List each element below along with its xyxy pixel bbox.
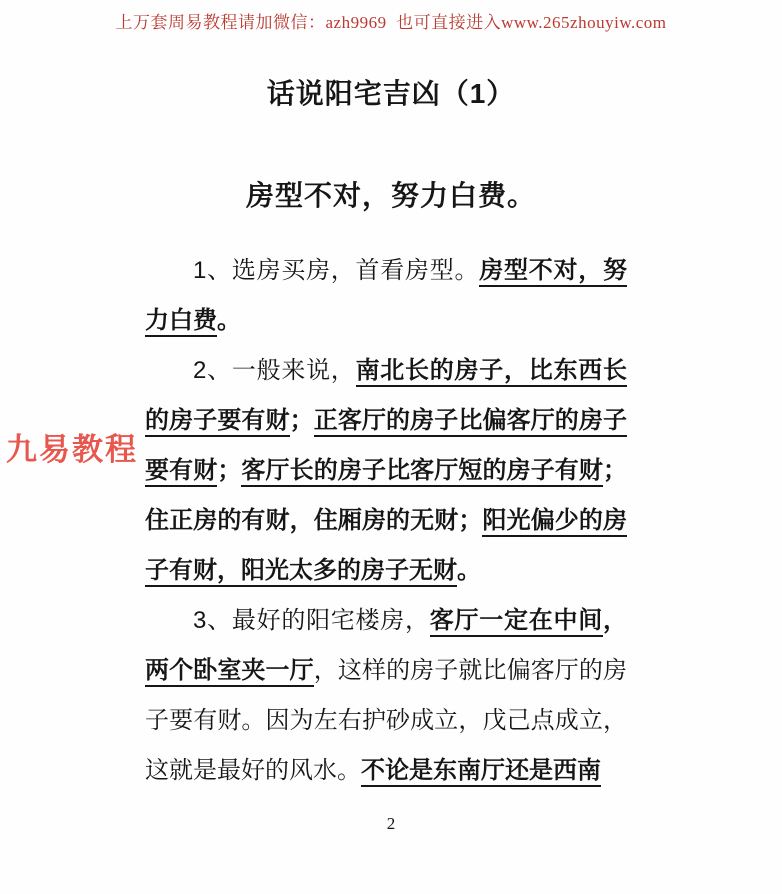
body-run: 3、最好的阳宅楼房， [193, 607, 430, 634]
paragraph: 2、一般来说，南北长的房子，比东西长的房子要有财；正客厅的房子比偏客厅的房子要有… [145, 346, 627, 596]
document-page: 上万套周易教程请加微信：azh9969 也可直接进入www.265zhouyiw… [0, 0, 782, 894]
promo-header-text: 上万套周易教程请加微信：azh9969 也可直接进入www.265zhouyiw… [0, 8, 782, 33]
body-text: 1、选房买房，首看房型。房型不对，努力白费。2、一般来说，南北长的房子，比东西长… [145, 246, 627, 796]
body-run: ； [290, 407, 314, 434]
body-run: 2、一般来说， [193, 357, 356, 384]
subtitle: 房型不对，努力白费。 [0, 174, 782, 214]
body-run: 。 [217, 307, 241, 334]
body-run: 。 [457, 557, 481, 584]
paragraph: 3、最好的阳宅楼房，客厅一定在中间，两个卧室夹一厅，这样的房子就比偏客厅的房子要… [145, 596, 627, 796]
body-run: 住正房的有财，住厢房的无财； [145, 507, 482, 534]
body-run: ； [603, 457, 627, 484]
page-title: 话说阳宅吉凶（1） [0, 72, 782, 112]
watermark: 九易教程 [6, 424, 138, 469]
body-run: ， [603, 607, 627, 634]
page-number: 2 [0, 814, 782, 834]
paragraph: 1、选房买房，首看房型。房型不对，努力白费。 [145, 246, 627, 346]
emphasized-underlined-text: 两个卧室夹一厅 [145, 657, 314, 687]
body-run: ； [217, 457, 241, 484]
body-run: 1、选房买房，首看房型。 [193, 257, 479, 284]
emphasized-underlined-text: 客厅一定在中间 [430, 607, 603, 637]
emphasized-underlined-text: 客厅长的房子比客厅短的房子有财 [241, 457, 603, 487]
emphasized-underlined-text: 不论是东南厅还是西南 [361, 757, 601, 787]
